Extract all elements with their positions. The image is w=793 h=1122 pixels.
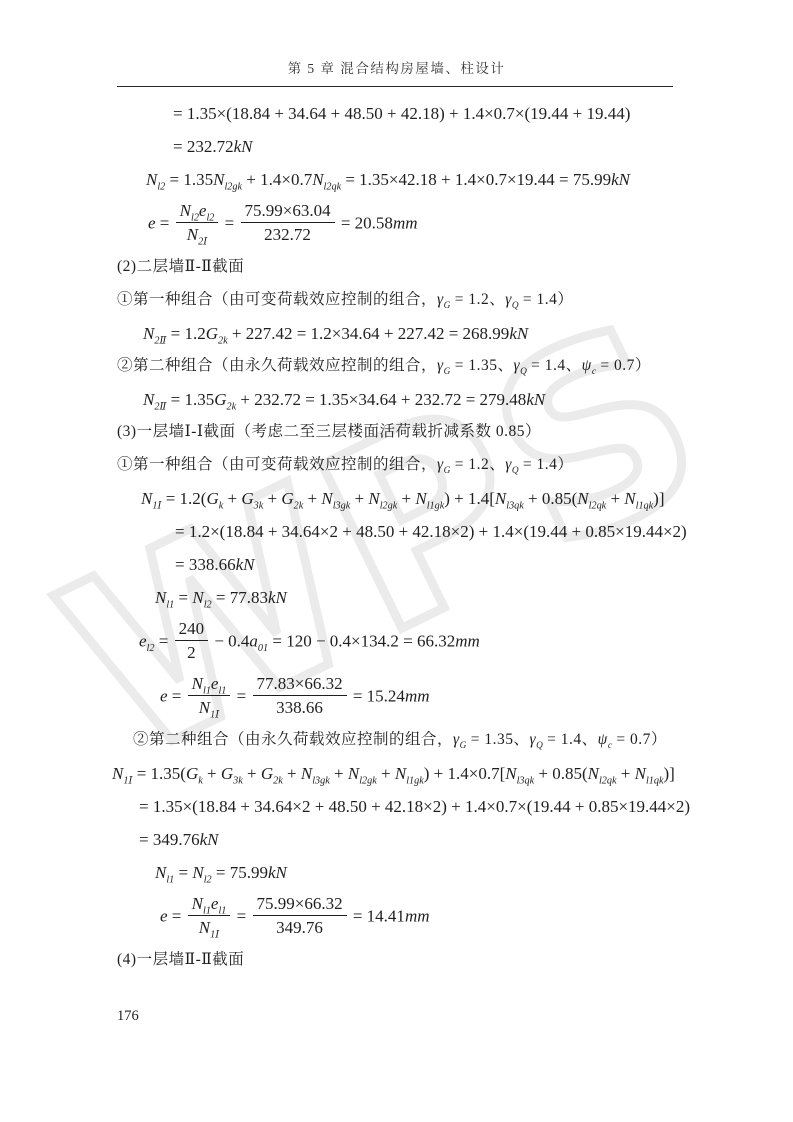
math-symbol: N xyxy=(348,764,359,783)
math-text: = 1.2 xyxy=(166,324,205,343)
formula-line: el2 = 2402 − 0.4a01 = 120 − 0.4×134.2 = … xyxy=(139,620,737,665)
math-symbol: N xyxy=(187,225,198,244)
formula-line: Nl1 = Nl2 = 77.83kN xyxy=(155,587,737,608)
math-text: + xyxy=(606,489,624,508)
math-text: = 1.2、 xyxy=(450,456,505,473)
math-text: ②第二种组合（由永久荷载效应控制的组合， xyxy=(117,357,437,374)
formula-line: N1Ⅰ = 1.2(Gk + G3k + G2k + Nl3gk + Nl2gk… xyxy=(141,488,737,509)
fraction: Nl1el1N1Ⅰ xyxy=(188,893,231,938)
formula-line: e = Nl2el2N2Ⅰ = 75.99×63.04232.72 = 20.5… xyxy=(148,202,737,247)
math-symbol: e xyxy=(148,213,156,232)
math-symbol: N xyxy=(155,588,166,607)
formula-line: Nl2 = 1.35Nl2gk + 1.4×0.7Nl2qk = 1.35×42… xyxy=(146,169,737,190)
math-symbol: G xyxy=(221,764,233,783)
subscript: Q xyxy=(520,367,527,377)
subscript: l1 xyxy=(218,905,226,916)
math-text: = 1.4、 xyxy=(527,357,582,374)
math-text: = 1.4） xyxy=(519,291,574,308)
subscript: l2gk xyxy=(224,181,242,192)
formula-line: N2Ⅱ = 1.2G2k + 227.42 = 1.2×34.64 + 227.… xyxy=(143,323,737,344)
math-text: ) + 1.4[ xyxy=(444,489,495,508)
subscript: 01 xyxy=(258,643,268,654)
subscript: 2k xyxy=(294,500,304,511)
math-symbol: ψ xyxy=(582,357,592,374)
math-text: = 1.35、 xyxy=(450,357,513,374)
math-text: + 0.85( xyxy=(534,764,588,783)
math-text: = 338.66 xyxy=(175,555,236,574)
math-symbol: e xyxy=(160,686,168,705)
math-text: )] xyxy=(653,489,664,508)
formula-line: = 232.72kN xyxy=(173,136,737,157)
subscript: Q xyxy=(536,741,543,751)
math-symbol: N xyxy=(141,489,152,508)
math-text: = 20.58 xyxy=(337,213,393,232)
page-header: 第 5 章 混合结构房屋墙、柱设计 xyxy=(0,0,793,87)
chapter-header-title: 第 5 章 混合结构房屋墙、柱设计 xyxy=(0,57,793,77)
fraction-numerator: Nl2el2 xyxy=(176,200,219,223)
fraction-numerator: 75.99×66.32 xyxy=(253,893,347,916)
formula-line: = 1.2×(18.84 + 34.64×2 + 48.50 + 42.18×2… xyxy=(175,521,737,542)
math-text: ①第一种组合（由可变荷载效应控制的组合， xyxy=(117,456,437,473)
math-symbol: N xyxy=(301,764,312,783)
math-symbol: N xyxy=(213,170,224,189)
subscript: l2gk xyxy=(380,500,398,511)
text-line: ①第一种组合（由可变荷载效应控制的组合，γG = 1.2、γQ = 1.4） xyxy=(117,290,737,309)
math-text: = xyxy=(168,686,186,705)
subscript: l3gk xyxy=(333,500,351,511)
subscript: l2 xyxy=(204,599,212,610)
math-text: (2)二层墙Ⅱ-Ⅱ截面 xyxy=(117,258,244,275)
math-text: + xyxy=(283,764,301,783)
formula-line: e = Nl1el1N1Ⅰ = 77.83×66.32338.66 = 15.2… xyxy=(160,675,737,720)
math-symbol: N xyxy=(635,764,646,783)
formula-line: = 1.35×(18.84 + 34.64 + 48.50 + 42.18) +… xyxy=(173,103,737,124)
subscript: 2k xyxy=(227,401,237,412)
math-symbol: γ xyxy=(437,456,444,473)
math-symbol: N xyxy=(180,201,191,220)
formula-line: Nl1 = Nl2 = 75.99kN xyxy=(155,862,737,883)
math-text: + xyxy=(303,489,321,508)
fraction-numerator: 77.83×66.32 xyxy=(253,673,347,696)
header-rule xyxy=(117,86,673,87)
math-text: = 1.4、 xyxy=(543,731,598,748)
math-symbol: N xyxy=(495,489,506,508)
math-symbol: N xyxy=(199,698,210,717)
math-symbol: N xyxy=(368,489,379,508)
math-text: = xyxy=(232,906,250,925)
math-text: + xyxy=(223,489,241,508)
fraction: 2402 xyxy=(175,618,209,663)
math-symbol: mm xyxy=(405,686,430,705)
math-text: = 75.99 xyxy=(212,863,268,882)
math-symbol: N xyxy=(143,390,154,409)
subscript: 3k xyxy=(254,500,264,511)
math-symbol: G xyxy=(214,390,226,409)
math-symbol: ψ xyxy=(598,731,608,748)
subscript: 1Ⅰ xyxy=(210,709,219,720)
math-symbol: G xyxy=(206,324,218,343)
math-text: + xyxy=(243,764,261,783)
math-symbol: kN xyxy=(509,324,528,343)
fraction-numerator: Nl1el1 xyxy=(188,673,231,696)
math-text: = 120 − 0.4×134.2 = 66.32 xyxy=(268,631,455,650)
math-text: (3)一层墙Ⅰ-Ⅰ截面（考虑二至三层楼面活荷载折减系数 0.85） xyxy=(117,423,541,440)
math-text: = 14.41 xyxy=(349,906,405,925)
fraction: 77.83×66.32338.66 xyxy=(253,673,347,718)
math-symbol: N xyxy=(143,324,154,343)
math-text: 338.66 xyxy=(276,698,323,717)
math-text: = 232.72 xyxy=(173,137,234,156)
fraction-numerator: 75.99×63.04 xyxy=(241,200,335,223)
fraction: 75.99×63.04232.72 xyxy=(241,200,335,245)
math-text: + xyxy=(397,489,415,508)
math-text: = 1.2( xyxy=(161,489,206,508)
math-symbol: kN xyxy=(611,170,630,189)
math-symbol: N xyxy=(588,764,599,783)
math-symbol: N xyxy=(192,588,203,607)
subscript: l2 xyxy=(206,212,214,223)
subscript: Q xyxy=(512,301,519,311)
math-symbol: N xyxy=(192,894,203,913)
math-symbol: N xyxy=(321,489,332,508)
math-symbol: N xyxy=(505,764,516,783)
math-symbol: mm xyxy=(393,213,418,232)
math-symbol: N xyxy=(155,863,166,882)
formula-line: = 338.66kN xyxy=(175,554,737,575)
fraction: 75.99×66.32349.76 xyxy=(253,893,347,938)
math-symbol: kN xyxy=(236,555,255,574)
math-symbol: G xyxy=(281,489,293,508)
text-line: (3)一层墙Ⅰ-Ⅰ截面（考虑二至三层楼面活荷载折减系数 0.85） xyxy=(117,422,737,441)
math-text: 240 xyxy=(179,619,205,638)
fraction-denominator: 232.72 xyxy=(241,223,335,245)
math-symbol: mm xyxy=(455,631,480,650)
subscript: l3gk xyxy=(312,775,330,786)
math-text: + 227.42 = 1.2×34.64 + 227.42 = 268.99 xyxy=(228,324,510,343)
math-text: + xyxy=(350,489,368,508)
math-text: + xyxy=(377,764,395,783)
math-text: = 15.24 xyxy=(349,686,405,705)
subscript: l3qk xyxy=(506,500,524,511)
subscript: l1gk xyxy=(406,775,424,786)
fraction: Nl2el2N2Ⅰ xyxy=(176,200,219,245)
math-symbol: e xyxy=(139,631,147,650)
math-text: 75.99×63.04 xyxy=(245,201,331,220)
math-text: = 77.83 xyxy=(212,588,268,607)
math-text: + 0.85( xyxy=(524,489,578,508)
subscript: 2Ⅱ xyxy=(154,335,166,346)
math-text: = 1.35、 xyxy=(466,731,529,748)
math-text: = 1.35×(18.84 + 34.64 + 48.50 + 42.18) +… xyxy=(173,104,630,123)
math-text: (4)一层墙Ⅱ-Ⅱ截面 xyxy=(117,951,244,968)
fraction-denominator: N1Ⅰ xyxy=(188,916,231,938)
math-text: ①第一种组合（由可变荷载效应控制的组合， xyxy=(117,291,437,308)
subscript: l2qk xyxy=(589,500,607,511)
math-symbol: G xyxy=(186,764,198,783)
math-symbol: γ xyxy=(505,456,512,473)
math-symbol: e xyxy=(199,201,207,220)
text-line: ①第一种组合（由可变荷载效应控制的组合，γG = 1.2、γQ = 1.4） xyxy=(117,455,737,474)
math-text: ) + 1.4×0.7[ xyxy=(424,764,506,783)
subscript: l2qk xyxy=(324,181,342,192)
fraction-denominator: 349.76 xyxy=(253,916,347,938)
math-symbol: γ xyxy=(505,291,512,308)
math-text: = xyxy=(154,631,172,650)
math-text: − 0.4 xyxy=(210,631,249,650)
math-text: 349.76 xyxy=(276,918,323,937)
math-symbol: N xyxy=(192,863,203,882)
fraction-denominator: 338.66 xyxy=(253,696,347,718)
math-text: = 1.4） xyxy=(519,456,574,473)
math-text: = 349.76 xyxy=(139,830,200,849)
subscript: 3k xyxy=(233,775,243,786)
math-text: 2 xyxy=(187,643,196,662)
math-symbol: N xyxy=(146,170,157,189)
math-symbol: mm xyxy=(405,906,430,925)
math-text: + xyxy=(203,764,221,783)
math-symbol: N xyxy=(192,674,203,693)
fraction-denominator: N2Ⅰ xyxy=(176,223,219,245)
text-line: ②第二种组合（由永久荷载效应控制的组合，γG = 1.35、γQ = 1.4、ψ… xyxy=(117,356,737,375)
math-text: + xyxy=(330,764,348,783)
subscript: l1qk xyxy=(646,775,664,786)
math-symbol: N xyxy=(577,489,588,508)
math-text: = 0.7） xyxy=(612,731,667,748)
math-text: 75.99×66.32 xyxy=(257,894,343,913)
subscript: l2gk xyxy=(359,775,377,786)
subscript: 2Ⅱ xyxy=(154,401,166,412)
math-text: = xyxy=(232,686,250,705)
text-line: ②第二种组合（由永久荷载效应控制的组合，γG = 1.35、γQ = 1.4、ψ… xyxy=(133,730,737,749)
math-symbol: γ xyxy=(437,291,444,308)
math-symbol: γ xyxy=(453,731,460,748)
math-symbol: kN xyxy=(268,588,287,607)
math-symbol: kN xyxy=(268,863,287,882)
page-number: 176 xyxy=(117,1008,139,1025)
math-symbol: kN xyxy=(200,830,219,849)
math-text: = xyxy=(156,213,174,232)
math-text: 232.72 xyxy=(264,225,311,244)
math-text: = 1.35 xyxy=(166,390,214,409)
subscript: 2k xyxy=(273,775,283,786)
math-symbol: G xyxy=(206,489,218,508)
subscript: 2k xyxy=(218,335,228,346)
fraction-denominator: N1Ⅰ xyxy=(188,696,231,718)
math-text: = xyxy=(220,213,238,232)
subscript: l1 xyxy=(218,685,226,696)
math-symbol: e xyxy=(211,894,219,913)
document-page: WPS 第 5 章 混合结构房屋墙、柱设计 = 1.35×(18.84 + 34… xyxy=(0,0,793,1122)
formula-line: N1Ⅰ = 1.35(Gk + G3k + G2k + Nl3gk + Nl2g… xyxy=(112,763,737,784)
fraction-denominator: 2 xyxy=(175,641,209,663)
subscript: 1Ⅰ xyxy=(210,929,219,940)
subscript: l1qk xyxy=(636,500,654,511)
subscript: 2Ⅰ xyxy=(198,236,207,247)
subscript: l3qk xyxy=(517,775,535,786)
math-symbol: e xyxy=(211,674,219,693)
subscript: l2 xyxy=(204,874,212,885)
fraction-numerator: Nl1el1 xyxy=(188,893,231,916)
math-text: ②第二种组合（由永久荷载效应控制的组合， xyxy=(133,731,453,748)
math-text: + xyxy=(263,489,281,508)
math-symbol: kN xyxy=(234,137,253,156)
math-symbol: N xyxy=(112,764,123,783)
fraction: Nl1el1N1Ⅰ xyxy=(188,673,231,718)
math-text: = 1.35×42.18 + 1.4×0.7×19.44 = 75.99 xyxy=(341,170,611,189)
formula-line: e = Nl1el1N1Ⅰ = 75.99×66.32349.76 = 14.4… xyxy=(160,895,737,940)
math-text: = xyxy=(174,588,192,607)
math-text: = xyxy=(168,906,186,925)
math-symbol: e xyxy=(160,906,168,925)
math-text: + 1.4×0.7 xyxy=(242,170,312,189)
subscript: l2qk xyxy=(599,775,617,786)
math-symbol: N xyxy=(624,489,635,508)
math-text: 77.83×66.32 xyxy=(257,674,343,693)
math-text: + xyxy=(617,764,635,783)
math-symbol: N xyxy=(395,764,406,783)
formula-line: = 1.35×(18.84 + 34.64×2 + 48.50 + 42.18×… xyxy=(139,796,737,817)
math-text: = 1.35( xyxy=(132,764,186,783)
math-symbol: G xyxy=(261,764,273,783)
formula-line: = 349.76kN xyxy=(139,829,737,850)
formula-line: N2Ⅱ = 1.35G2k + 232.72 = 1.35×34.64 + 23… xyxy=(143,389,737,410)
math-text: = 1.35 xyxy=(165,170,213,189)
math-text: = 1.35×(18.84 + 34.64×2 + 48.50 + 42.18×… xyxy=(139,797,690,816)
document-content: = 1.35×(18.84 + 34.64 + 48.50 + 42.18) +… xyxy=(117,103,737,983)
subscript: l1gk xyxy=(427,500,445,511)
math-symbol: N xyxy=(199,918,210,937)
math-symbol: N xyxy=(415,489,426,508)
text-line: (2)二层墙Ⅱ-Ⅱ截面 xyxy=(117,257,737,276)
math-symbol: G xyxy=(241,489,253,508)
subscript: Q xyxy=(512,466,519,476)
math-text: )] xyxy=(664,764,675,783)
math-text: = 0.7） xyxy=(596,357,651,374)
math-symbol: kN xyxy=(526,390,545,409)
math-symbol: a xyxy=(249,631,258,650)
math-text: + 232.72 = 1.35×34.64 + 232.72 = 279.48 xyxy=(236,390,526,409)
text-line: (4)一层墙Ⅱ-Ⅱ截面 xyxy=(117,950,737,969)
math-text: = 1.2×(18.84 + 34.64×2 + 48.50 + 42.18×2… xyxy=(175,522,687,541)
math-symbol: N xyxy=(312,170,323,189)
fraction-numerator: 240 xyxy=(175,618,209,641)
math-text: = xyxy=(174,863,192,882)
math-symbol: γ xyxy=(437,357,444,374)
math-text: = 1.2、 xyxy=(450,291,505,308)
